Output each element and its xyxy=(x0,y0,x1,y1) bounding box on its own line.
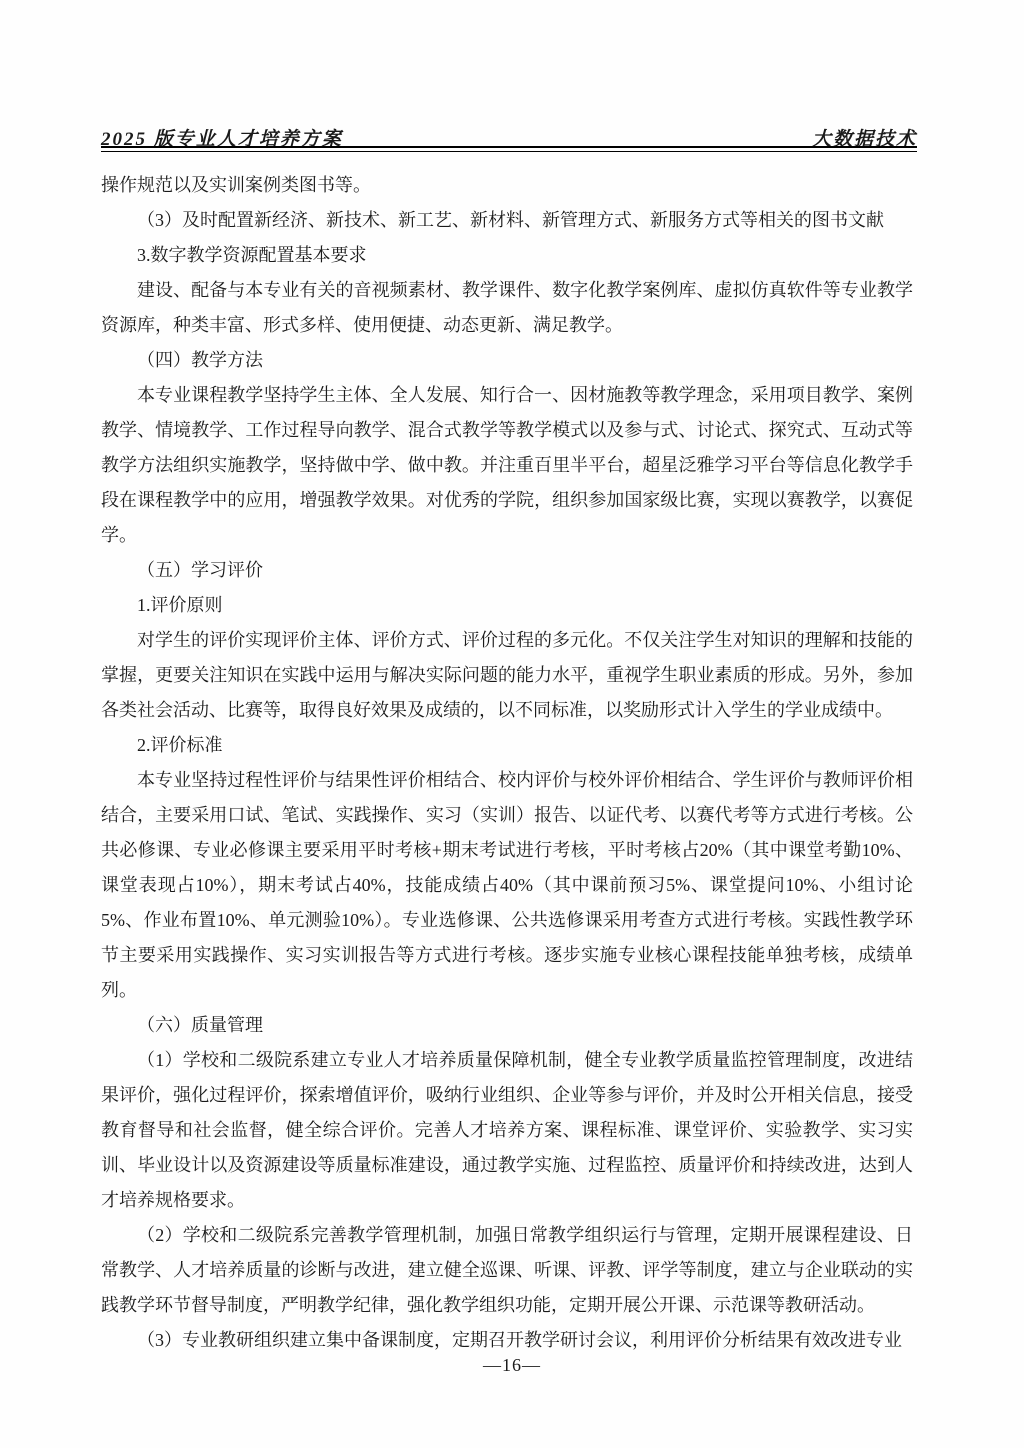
paragraph: 3.数字教学资源配置基本要求 xyxy=(101,238,913,273)
paragraph: 本专业课程教学坚持学生主体、全人发展、知行合一、因材施教等教学理念，采用项目教学… xyxy=(101,378,913,553)
page-footer: —16— xyxy=(0,1348,1024,1383)
page-number: —16— xyxy=(483,1355,541,1375)
paragraph: （3）及时配置新经济、新技术、新工艺、新材料、新管理方式、新服务方式等相关的图书… xyxy=(101,203,913,238)
paragraph: 建设、配备与本专业有关的音视频素材、教学课件、数字化教学案例库、虚拟仿真软件等专… xyxy=(101,273,913,343)
paragraph: 操作规范以及实训案例类图书等。 xyxy=(101,168,913,203)
paragraph: 本专业坚持过程性评价与结果性评价相结合、校内评价与校外评价相结合、学生评价与教师… xyxy=(101,763,913,1008)
paragraph: （2）学校和二级院系完善教学管理机制，加强日常教学组织运行与管理，定期开展课程建… xyxy=(101,1218,913,1323)
paragraph: 1.评价原则 xyxy=(101,588,913,623)
paragraph: 对学生的评价实现评价主体、评价方式、评价过程的多元化。不仅关注学生对知识的理解和… xyxy=(101,623,913,728)
paragraph: （六）质量管理 xyxy=(101,1008,913,1043)
paragraph: 2.评价标准 xyxy=(101,728,913,763)
document-body: 操作规范以及实训案例类图书等。（3）及时配置新经济、新技术、新工艺、新材料、新管… xyxy=(101,168,913,1358)
header-double-rule xyxy=(101,146,917,152)
paragraph: （1）学校和二级院系建立专业人才培养质量保障机制，健全专业教学质量监控管理制度，… xyxy=(101,1043,913,1218)
paragraph: （四）教学方法 xyxy=(101,343,913,378)
document-page: 2025 版专业人才培养方案 大数据技术 操作规范以及实训案例类图书等。（3）及… xyxy=(0,0,1024,1448)
paragraph: （五）学习评价 xyxy=(101,553,913,588)
